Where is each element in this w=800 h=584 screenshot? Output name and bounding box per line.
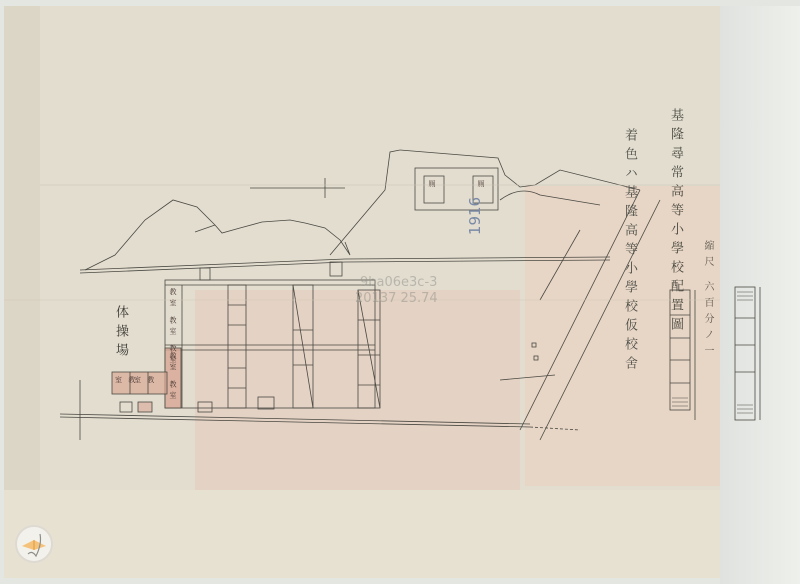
coloring-note: 着色ハ基隆高等小學校仮校舍 — [620, 128, 639, 375]
playground-label: 体操場 — [111, 305, 130, 362]
room-label-pink-block: 教室 教室 — [168, 352, 178, 402]
archive-logo-icon — [12, 520, 58, 566]
latrine-label-2: 厠 — [476, 180, 486, 191]
latrine-label-1: 厠 — [427, 180, 437, 191]
catalog-stamp-number: 1916 — [466, 197, 484, 235]
room-label-annex-right: 室 教 — [134, 375, 156, 385]
watermark-id: 9ba06e3c-3 — [360, 275, 437, 290]
plan-title: 基隆尋常高等小學校配置圖 — [666, 108, 685, 336]
watermark-code: 20137 25.74 — [355, 291, 438, 306]
scale-note: 縮尺 六百分ノ一 — [700, 240, 715, 361]
